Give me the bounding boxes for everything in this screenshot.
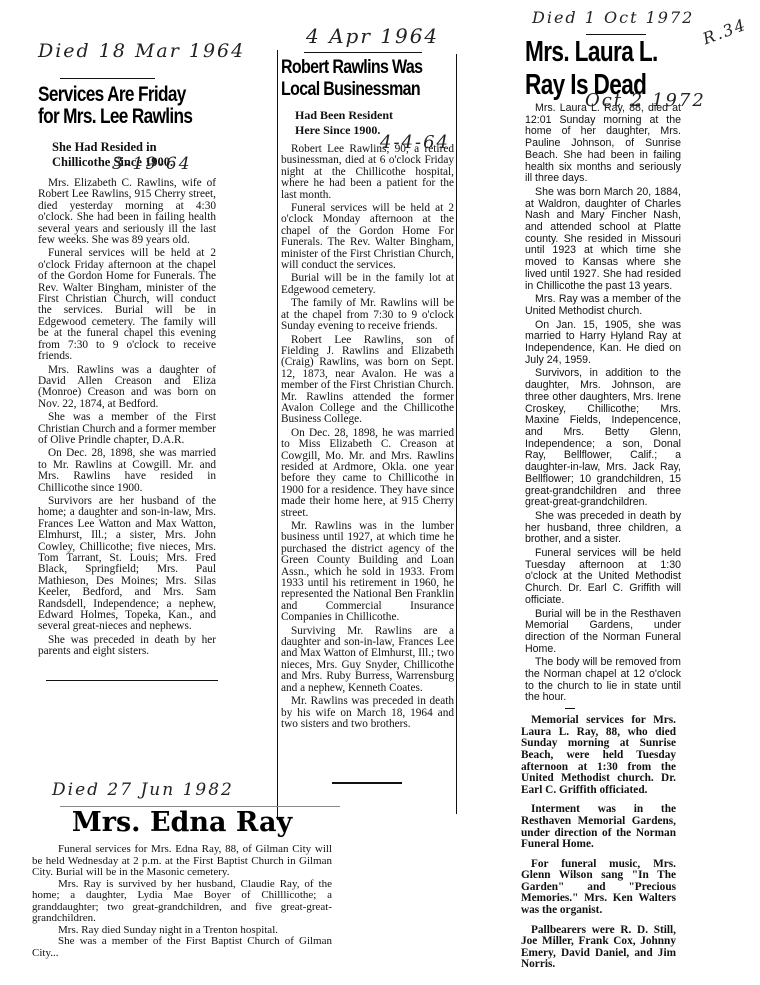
paragraph: On Dec. 28, 1898, he was married to Miss… (281, 428, 454, 519)
clipping-edna-ray: Mrs. Edna Ray Funeral services for Mrs. … (32, 808, 332, 959)
paragraph: She was a member of the First Christian … (38, 412, 216, 446)
paragraph: She was born March 20, 1884, at Waldron,… (525, 187, 681, 292)
subhead-line: Had Been Resident (295, 108, 454, 123)
handwritten-date: Died 1 Oct 1972 (532, 8, 694, 27)
handwritten-annotation: Oct 2 1972 (585, 90, 706, 111)
paragraph: Mrs. Elizabeth C. Rawlins, wife of Rober… (38, 178, 216, 246)
paragraph: Pallbearers were R. D. Still, Joe Miller… (521, 925, 676, 971)
article-body: Mrs. Elizabeth C. Rawlins, wife of Rober… (38, 178, 216, 658)
paragraph: Burial will be in the family lot at Edge… (281, 273, 454, 296)
paragraph: The body will be removed from the Norman… (525, 657, 681, 704)
paragraph: Funeral services will be held at 2 o'clo… (281, 203, 454, 271)
headline: Mrs. Edna Ray (32, 808, 332, 838)
paragraph: For funeral music, Mrs. Glenn Wilson san… (521, 859, 676, 917)
paragraph: The family of Mr. Rawlins will be at the… (281, 298, 454, 332)
article-body: Robert Lee Rawlins, 90, a retired busine… (281, 144, 454, 730)
headline-line: Services Are Friday (38, 84, 187, 106)
paragraph: She was preceded in death by her husband… (525, 511, 681, 546)
paragraph: Funeral services will be held Tuesday af… (525, 548, 681, 607)
paragraph: On Jan. 15, 1905, she was married to Har… (525, 320, 681, 367)
headline: Services Are Friday for Mrs. Lee Rawlins (38, 84, 187, 128)
paragraph: She was a member of the First Baptist Ch… (32, 936, 332, 959)
divider (304, 52, 422, 53)
article-body: Funeral services for Mrs. Edna Ray, 88, … (32, 844, 332, 959)
paragraph: Interment was in the Resthaven Memorial … (521, 804, 676, 850)
handwritten-date: 4 Apr 1964 (306, 24, 439, 48)
article-body: Mrs. Laura L. Ray, 88, died at 12:01 Sun… (525, 103, 681, 704)
headline-line: Robert Rawlins Was (281, 56, 423, 78)
divider (565, 708, 575, 709)
paragraph: On Dec. 28, 1898, she was married to Mr.… (38, 448, 216, 494)
divider (46, 680, 218, 681)
margin-note: R.34 (700, 15, 749, 48)
divider (332, 782, 402, 784)
paragraph: Memorial services for Mrs. Laura L. Ray,… (521, 715, 676, 796)
handwritten-date: Died 27 Jun 1982 (52, 780, 234, 800)
clipping-robert-rawlins: Robert Rawlins Was Local Businessman Had… (281, 56, 454, 732)
paragraph: Burial will be in the Resthaven Memorial… (525, 609, 681, 656)
headline-line: Local Businessman (281, 78, 423, 100)
divider (586, 34, 646, 35)
memorial-notice: Memorial services for Mrs. Laura L. Ray,… (521, 715, 676, 971)
handwritten-annotation: 3-19-64 (112, 154, 192, 174)
paragraph: Mrs. Ray was a member of the United Meth… (525, 294, 681, 317)
paragraph: Robert Lee Rawlins, son of Fielding J. R… (281, 335, 454, 426)
paragraph: Mr. Rawlins was preceded in death by his… (281, 696, 454, 730)
headline-line: Mrs. Laura L. (525, 36, 647, 69)
divider (60, 78, 155, 79)
paragraph: Funeral services will be held at 2 o'clo… (38, 248, 216, 362)
paragraph: Survivors are her husband of the home; a… (38, 496, 216, 633)
paragraph: Mr. Rawlins was in the lumber business u… (281, 521, 454, 624)
headline: Robert Rawlins Was Local Businessman (281, 56, 423, 100)
border-right (456, 54, 457, 814)
paragraph: Mrs. Laura L. Ray, 88, died at 12:01 Sun… (525, 103, 681, 185)
subhead-line: She Had Resided in (52, 140, 220, 155)
handwritten-annotation: 4-4-64 (380, 132, 450, 153)
paragraph: She was preceded in death by her parents… (38, 635, 216, 658)
headline-line: for Mrs. Lee Rawlins (38, 106, 187, 128)
paragraph: Surviving Mr. Rawlins are a daughter and… (281, 626, 454, 694)
clipping-laura-ray: Mrs. Laura L. Ray Is Dead Mrs. Laura L. … (525, 36, 681, 979)
border-left (277, 50, 278, 820)
handwritten-date: Died 18 Mar 1964 (38, 40, 245, 62)
paragraph: Mrs. Rawlins was a daughter of David All… (38, 365, 216, 411)
paragraph: Funeral services for Mrs. Edna Ray, 88, … (32, 844, 332, 879)
paragraph: Mrs. Ray is survived by her husband, Cla… (32, 879, 332, 925)
paragraph: Survivors, in addition to the daughter, … (525, 368, 681, 508)
